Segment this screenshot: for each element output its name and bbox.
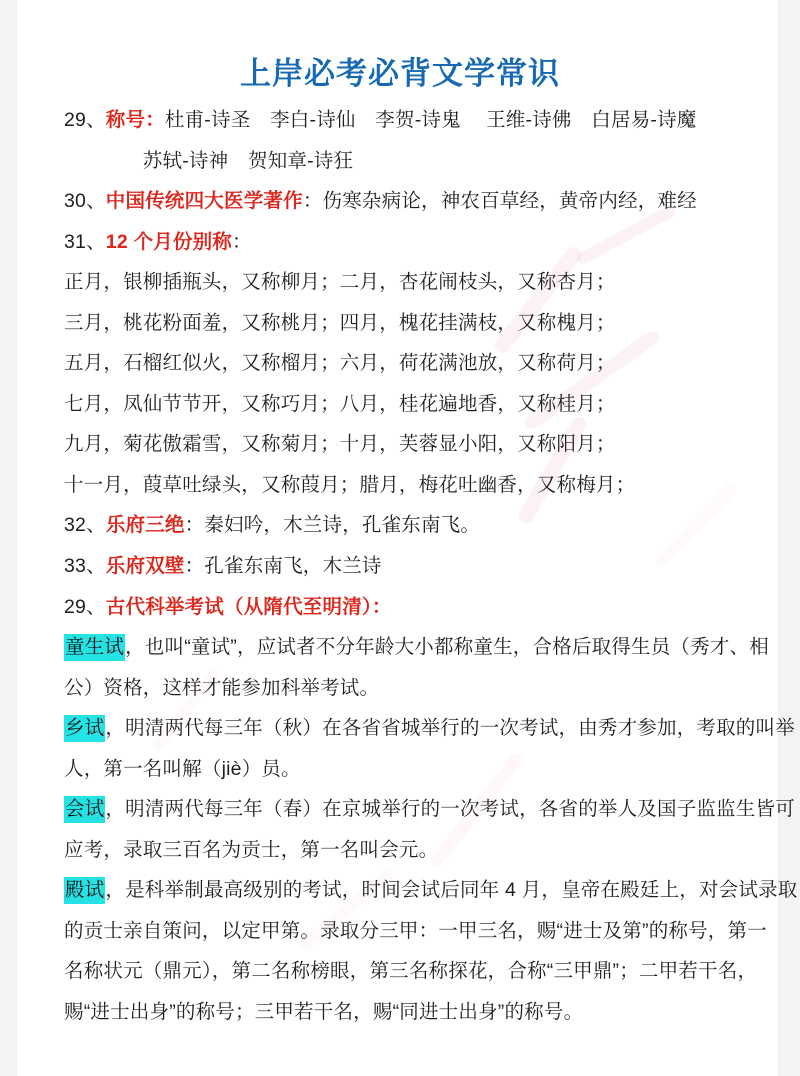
page-title: 上岸必考必背文学常识: [0, 48, 800, 93]
highlighted-term: 会试: [64, 796, 105, 823]
body-text: ：伤寒杂病论，神农百草经，黄帝内经，难经: [303, 190, 697, 212]
text-line: 殿试，是科举制最高级别的考试，时间会试后同年 4 月，皇帝在殿廷上，对会试录取: [64, 870, 776, 911]
body-text: 人，第一名叫解（jiè）员。: [64, 758, 301, 780]
page-right-margin: [778, 0, 800, 1076]
body-text: ：孔雀东南飞，木兰诗: [185, 555, 382, 577]
item-number: 30、: [64, 190, 106, 212]
text-line: 十一月，葭草吐绿头，又称葭月；腊月，梅花吐幽香，又称梅月；: [64, 465, 776, 506]
heading-red: 古代科举考试（从隋代至明清）：: [106, 596, 392, 618]
heading-red: 乐府双壁: [106, 555, 185, 577]
text-line: 应考，录取三百名为贡士，第一名叫会元。: [64, 830, 776, 871]
body-text: ，是科举制最高级别的考试，时间会试后同年 4 月，皇帝在殿廷上，对会试录取: [105, 879, 797, 901]
item-number: 32、: [64, 514, 106, 536]
text-line: 30、中国传统四大医学著作：伤寒杂病论，神农百草经，黄帝内经，难经: [64, 181, 776, 222]
body-text: ：: [232, 231, 252, 253]
body-text: 应考，录取三百名为贡士，第一名叫会元。: [64, 839, 438, 861]
page-left-margin: [0, 0, 17, 1076]
text-line: 29、称号：杜甫-诗圣 李白-诗仙 李贺-诗鬼 王维-诗佛 白居易-诗魔: [64, 100, 776, 141]
text-line: 29、古代科举考试（从隋代至明清）：: [64, 587, 776, 628]
body-text: 十一月，葭草吐绿头，又称葭月；腊月，梅花吐幽香，又称梅月；: [64, 474, 635, 496]
highlighted-term: 乡试: [64, 715, 105, 742]
document-lines: 29、称号：杜甫-诗圣 李白-诗仙 李贺-诗鬼 王维-诗佛 白居易-诗魔 苏轼-…: [64, 100, 776, 1033]
body-text: ，明清两代每三年（春）在京城举行的一次考试，各省的举人及国子监监生皆可: [105, 798, 795, 820]
body-text: 赐“进士出身”的称号；三甲若干名，赐“同进士出身”的称号。: [64, 1001, 583, 1023]
text-line: 公）资格，这样才能参加科举考试。: [64, 668, 776, 709]
body-text: 五月，石榴红似火，又称榴月；六月，荷花满池放，又称荷月；: [64, 352, 616, 374]
highlighted-term: 童生试: [64, 634, 125, 661]
text-line: 童生试，也叫“童试”，应试者不分年龄大小都称童生，合格后取得生员（秀才、相: [64, 627, 776, 668]
text-line: 31、12 个月份别称：: [64, 222, 776, 263]
text-line: 苏轼-诗神 贺知章-诗狂: [64, 141, 776, 182]
body-text: 名称状元（鼎元），第二名称榜眼，第三名称探花，合称“三甲鼎”；二甲若干名，: [64, 960, 757, 982]
text-line: 32、乐府三绝：秦妇吟，木兰诗，孔雀东南飞。: [64, 505, 776, 546]
text-line: 七月，凤仙节节开，又称巧月；八月，桂花遍地香，又称桂月；: [64, 384, 776, 425]
document-page: 上岸必考必背文学常识 29、称号：杜甫-诗圣 李白-诗仙 李贺-诗鬼 王维-诗佛…: [0, 0, 800, 1076]
text-line: 五月，石榴红似火，又称榴月；六月，荷花满池放，又称荷月；: [64, 343, 776, 384]
text-line: 三月，桃花粉面羞，又称桃月；四月，槐花挂满枝，又称槐月；: [64, 303, 776, 344]
body-text: 三月，桃花粉面羞，又称桃月；四月，槐花挂满枝，又称槐月；: [64, 312, 616, 334]
item-number: 33、: [64, 555, 106, 577]
item-number: 29、: [64, 109, 106, 131]
body-text: 苏轼-诗神 贺知章-诗狂: [64, 150, 353, 172]
text-line: 正月，银柳插瓶头，又称柳月；二月，杏花闹枝头，又称杏月；: [64, 262, 776, 303]
body-text: ：秦妇吟，木兰诗，孔雀东南飞。: [185, 514, 481, 536]
text-line: 33、乐府双壁：孔雀东南飞，木兰诗: [64, 546, 776, 587]
heading-red: 12 个月份别称: [106, 231, 232, 253]
item-number: 29、: [64, 596, 106, 618]
body-text: 的贡士亲自策问，以定甲第。录取分三甲：一甲三名，赐“进士及第”的称号，第一: [64, 920, 767, 942]
text-line: 人，第一名叫解（jiè）员。: [64, 749, 776, 790]
heading-red: 中国传统四大医学著作: [106, 190, 303, 212]
body-text: 杜甫-诗圣 李白-诗仙 李贺-诗鬼 王维-诗佛 白居易-诗魔: [165, 109, 697, 131]
body-text: ，明清两代每三年（秋）在各省省城举行的一次考试，由秀才参加，考取的叫举: [105, 717, 795, 739]
body-text: 七月，凤仙节节开，又称巧月；八月，桂花遍地香，又称桂月；: [64, 393, 616, 415]
text-line: 的贡士亲自策问，以定甲第。录取分三甲：一甲三名，赐“进士及第”的称号，第一: [64, 911, 776, 952]
body-text: 九月，菊花傲霜雪，又称菊月；十月，芙蓉显小阳，又称阳月；: [64, 433, 616, 455]
item-number: 31、: [64, 231, 106, 253]
body-text: ，也叫“童试”，应试者不分年龄大小都称童生，合格后取得生员（秀才、相: [125, 636, 769, 658]
text-line: 会试，明清两代每三年（春）在京城举行的一次考试，各省的举人及国子监监生皆可: [64, 789, 776, 830]
body-text: 公）资格，这样才能参加科举考试。: [64, 677, 379, 699]
heading-red: 乐府三绝: [106, 514, 185, 536]
text-line: 乡试，明清两代每三年（秋）在各省省城举行的一次考试，由秀才参加，考取的叫举: [64, 708, 776, 749]
text-line: 九月，菊花傲霜雪，又称菊月；十月，芙蓉显小阳，又称阳月；: [64, 424, 776, 465]
highlighted-term: 殿试: [64, 877, 105, 904]
text-line: 赐“进士出身”的称号；三甲若干名，赐“同进士出身”的称号。: [64, 992, 776, 1033]
text-line: 名称状元（鼎元），第二名称榜眼，第三名称探花，合称“三甲鼎”；二甲若干名，: [64, 951, 776, 992]
heading-red: 称号：: [106, 109, 165, 131]
body-text: 正月，银柳插瓶头，又称柳月；二月，杏花闹枝头，又称杏月；: [64, 271, 616, 293]
